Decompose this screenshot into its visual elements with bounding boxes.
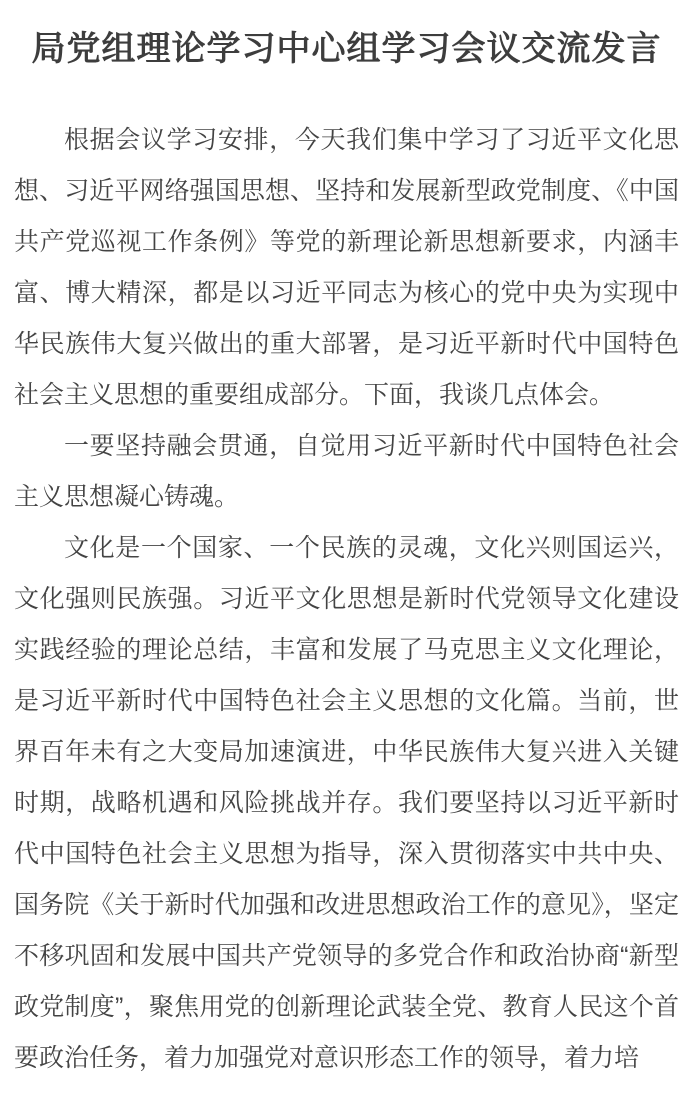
document-page: 局党组理论学习中心组学习会议交流发言 根据会议学习安排，今天我们集中学习了习近平… bbox=[0, 0, 693, 1097]
paragraph-intro: 根据会议学习安排，今天我们集中学习了习近平文化思想、习近平网络强国思想、坚持和发… bbox=[14, 115, 679, 421]
document-title: 局党组理论学习中心组学习会议交流发言 bbox=[14, 27, 679, 71]
paragraph-point-one-body: 文化是一个国家、一个民族的灵魂，文化兴则国运兴，文化强则民族强。习近平文化思想是… bbox=[14, 523, 679, 1084]
paragraph-point-one-heading: 一要坚持融会贯通，自觉用习近平新时代中国特色社会主义思想凝心铸魂。 bbox=[14, 421, 679, 523]
document-content: 局党组理论学习中心组学习会议交流发言 根据会议学习安排，今天我们集中学习了习近平… bbox=[0, 27, 693, 1084]
